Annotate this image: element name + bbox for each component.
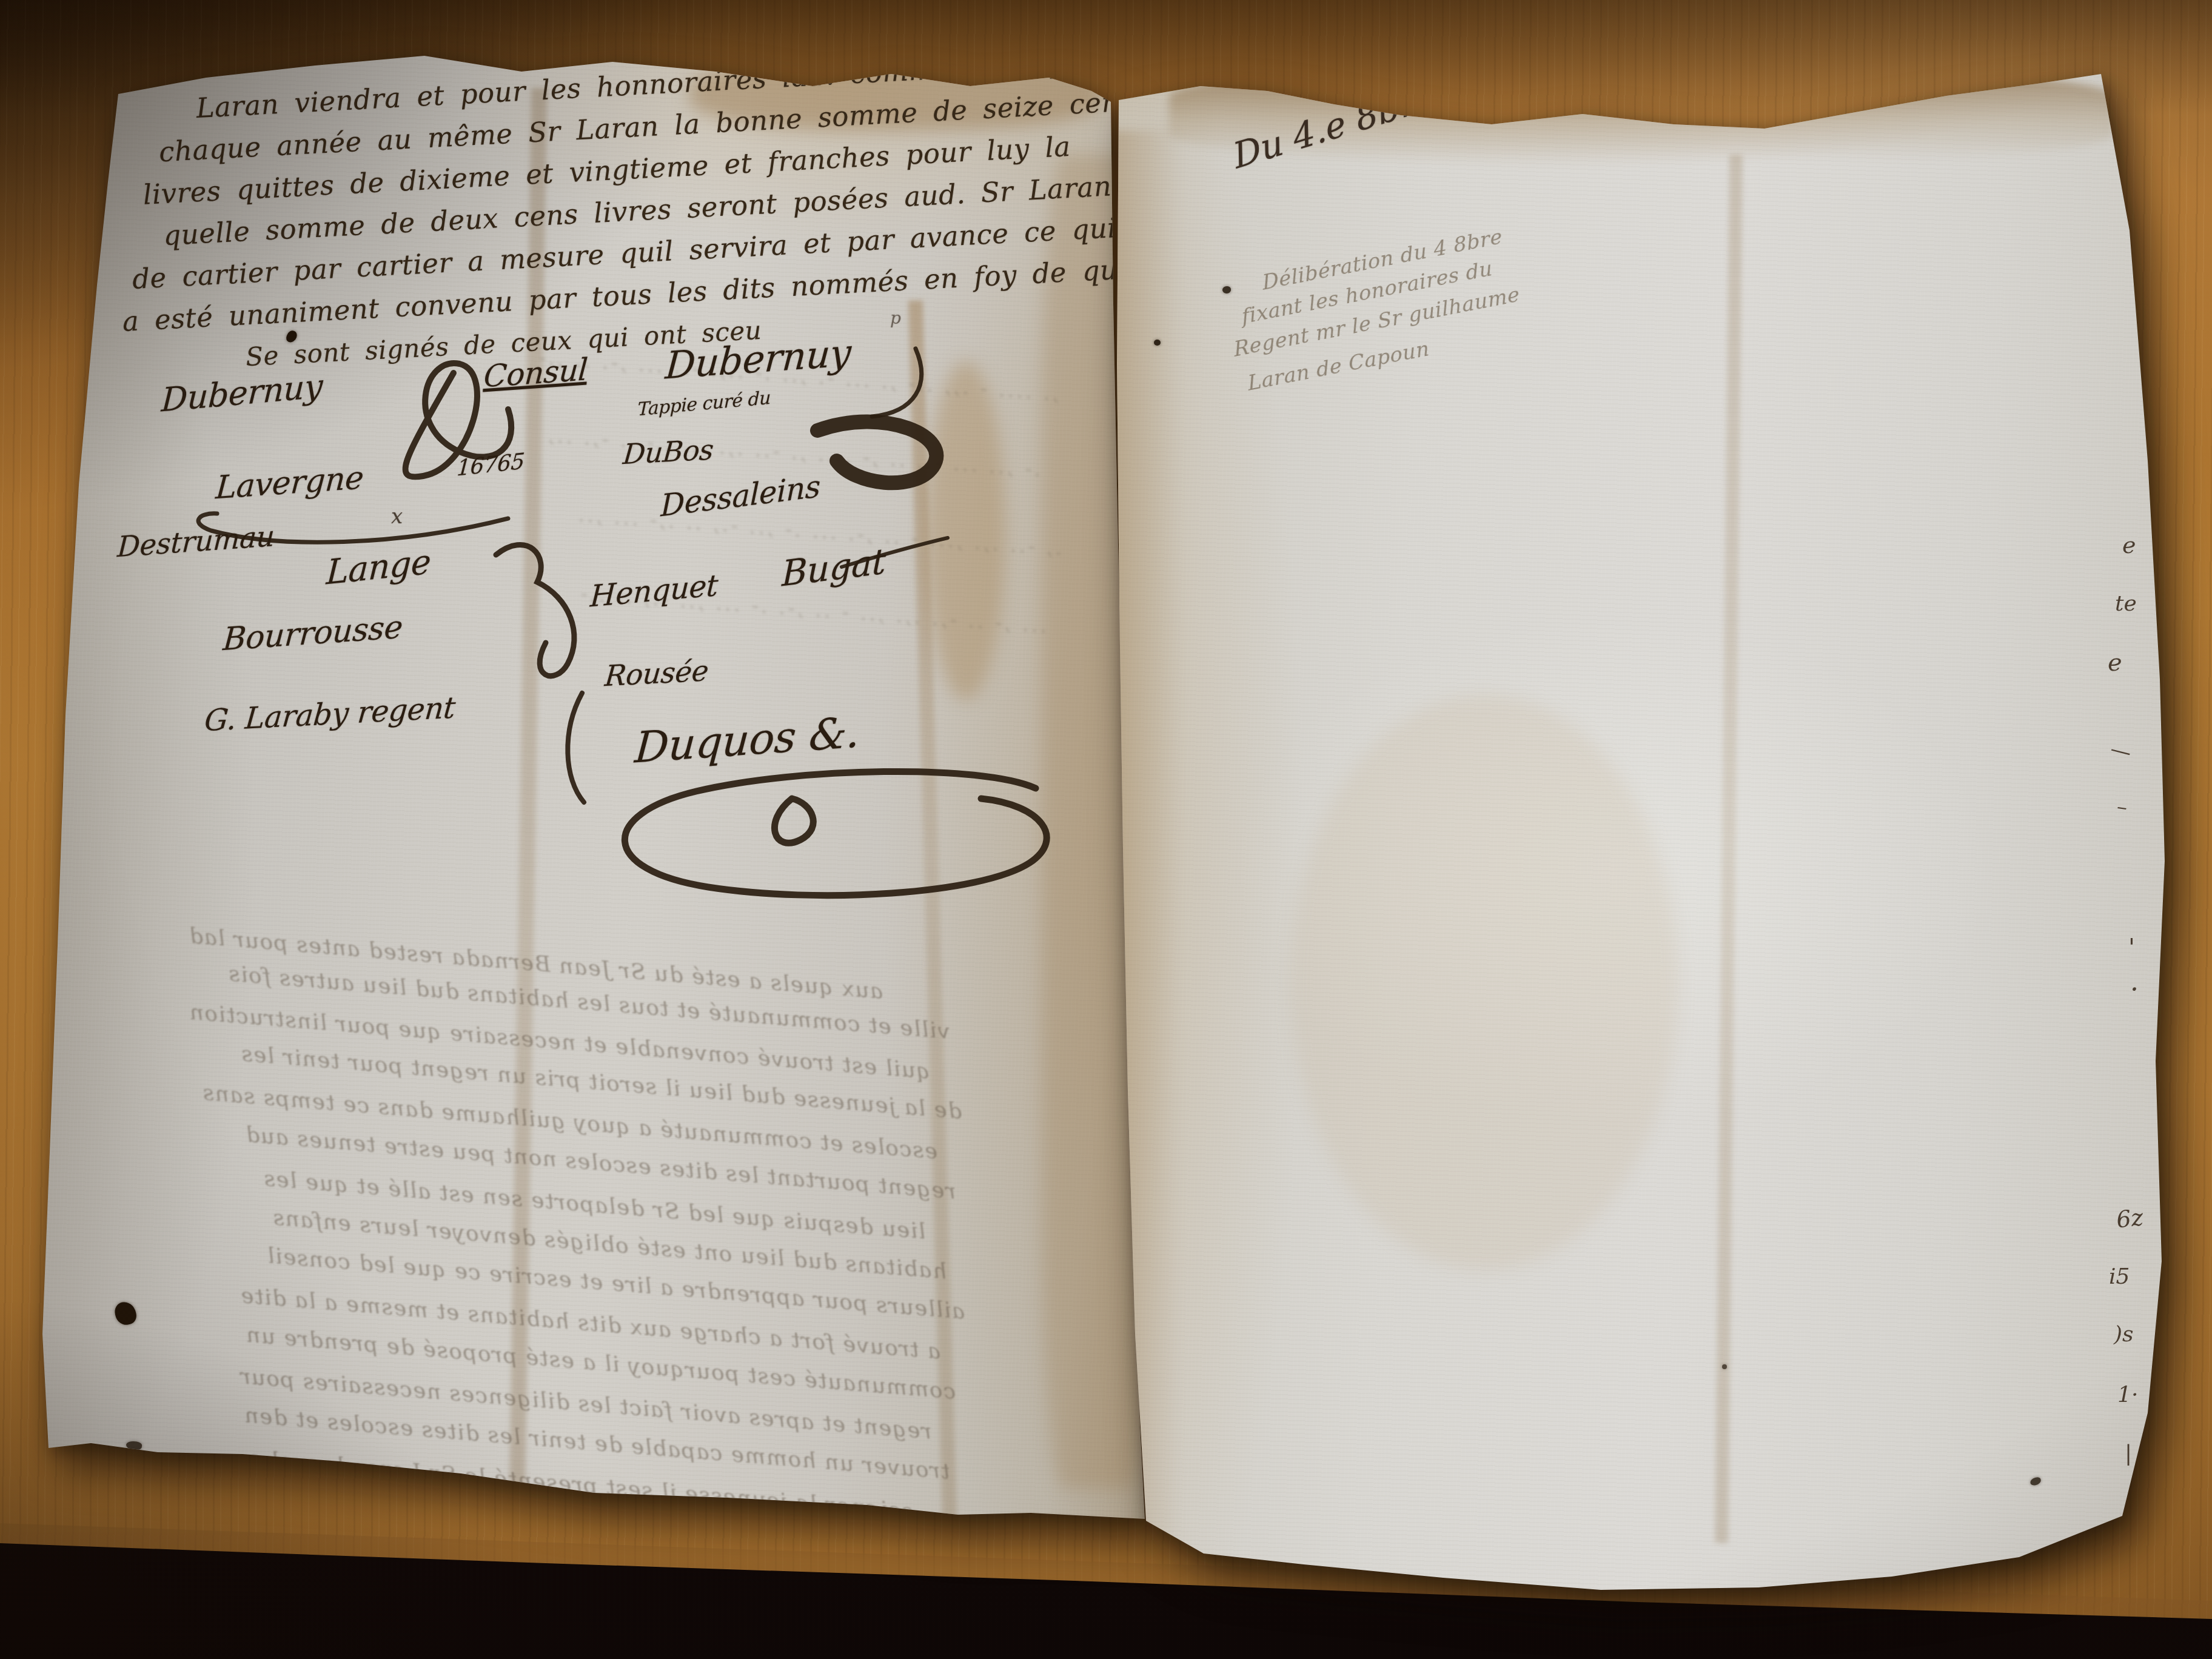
photo-scene: Laran viendra et pour les honnoraires la… (0, 0, 2212, 1659)
photo-vignette (0, 0, 2212, 1659)
